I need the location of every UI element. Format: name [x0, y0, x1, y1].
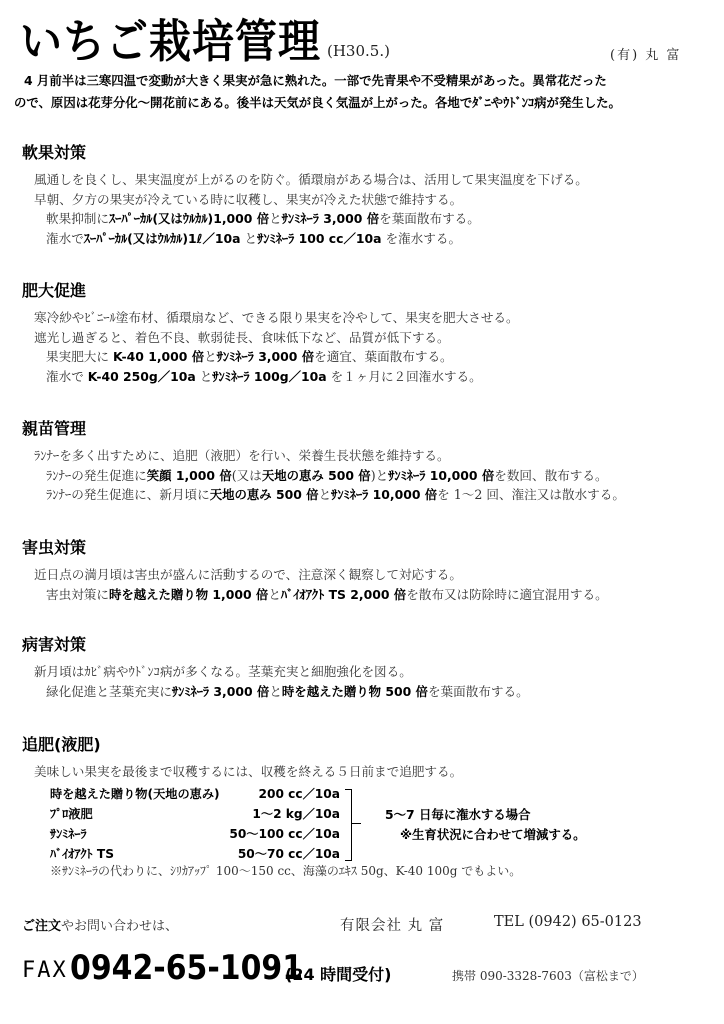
intro-line-1: 4 月前半は三寒四温で変動が大きく果実が急に熟れた。一部で先青果や不受精果があっ… [14, 70, 714, 92]
fertilizer-name: ﾊﾞｲｵｱｸﾄ TS [50, 844, 114, 864]
body-text: 害虫対策に [46, 587, 109, 602]
product-dosage: ｽｰﾊﾟｰｶﾙ(又はｳﾙｶﾙ)1,000 倍 [109, 211, 269, 226]
product-dosage: 天地の恵み 500 倍 [210, 487, 319, 502]
body-text: を葉面散布する。 [379, 211, 480, 226]
fertilizer-amount: 50～70 cc／10a [238, 844, 340, 864]
product-dosage: K-40 250g／10a [88, 369, 196, 384]
issue-date: (H30.5.) [327, 42, 390, 60]
intro-paragraph: 4 月前半は三寒四温で変動が大きく果実が急に熟れた。一部で先青果や不受精果があっ… [14, 70, 714, 114]
section: 病害対策新月頃はｶﾋﾞ病やｳﾄﾞﾝｺ病が多くなる。茎葉充実と細胞強化を図る。緑化… [22, 632, 529, 701]
product-dosage: 時を越えた贈り物 1,000 倍 [109, 587, 268, 602]
body-line: 近日点の満月頃は害虫が盛んに活動するので、注意深く観察して対応する。 [22, 565, 608, 585]
product-dosage: 笑顔 1,000 倍 [147, 468, 232, 483]
fax-label: FAX [22, 958, 68, 983]
fertilizer-row: 時を越えた贈り物(天地の恵み) 200 cc／10a [50, 784, 340, 804]
body-text: (又は [232, 468, 262, 483]
body-text: ﾗﾝﾅｰの発生促進に、新月頃に [46, 487, 210, 502]
fertilizer-name: ﾌﾟﾛ液肥 [50, 804, 93, 824]
watering-interval-note: 5～7 日毎に潅水する場合 [385, 805, 530, 823]
fertilizer-amount: 50～100 cc／10a [229, 824, 340, 844]
section-heading: 病害対策 [22, 632, 529, 658]
body-text: を葉面散布する。 [428, 684, 529, 699]
body-line: 遮光し過ぎると、着色不良、軟弱徒長、食味低下など、品質が低下する。 [22, 328, 519, 348]
body-text: を潅水する。 [381, 231, 461, 246]
section: 追肥(液肥)美味しい果実を最後まで収穫するには、収穫を終える５日前まで追肥する。 [22, 732, 462, 782]
fertilizer-amount: 1～2 kg／10a [252, 804, 340, 824]
fertilizer-row: ﾊﾞｲｵｱｸﾄ TS 50～70 cc／10a [50, 844, 340, 864]
section-heading: 肥大促進 [22, 278, 519, 304]
body-text: 緑化促進と茎葉充実に [46, 684, 172, 699]
body-text: 軟果抑制に [46, 211, 109, 226]
product-dosage: ｻﾝﾐﾈｰﾗ 3,000 倍 [172, 684, 269, 699]
product-dosage: ｻﾝﾐﾈｰﾗ 10,000 倍 [388, 468, 494, 483]
body-line: 緑化促進と茎葉充実にｻﾝﾐﾈｰﾗ 3,000 倍と時を越えた贈り物 500 倍を… [22, 682, 529, 702]
product-dosage: ｻﾝﾐﾈｰﾗ 10,000 倍 [331, 487, 437, 502]
body-text: を１ヶ月に２回潅水する。 [327, 369, 482, 384]
product-dosage: ｻﾝﾐﾈｰﾗ 3,000 倍 [282, 211, 379, 226]
section: 害虫対策近日点の満月頃は害虫が盛んに活動するので、注意深く観察して対応する。害虫… [22, 535, 608, 604]
body-text: 寒冷紗やﾋﾞﾆｰﾙ塗布材、循環扇など、できる限り果実を冷やして、果実を肥大させる… [34, 310, 519, 325]
fax-hours: (24 時間受付) [285, 962, 391, 985]
product-dosage: ｻﾝﾐﾈｰﾗ 100 cc／10a [257, 231, 381, 246]
body-text: を散布又は防除時に適宜混用する。 [406, 587, 608, 602]
product-dosage: ﾊﾞｲｵｱｸﾄ TS 2,000 倍 [281, 587, 406, 602]
body-text: を 1～2 回、潅注又は散水する。 [437, 487, 625, 502]
order-label: ご注文 [22, 919, 61, 934]
body-text: と [269, 684, 282, 699]
body-text: を数回、散布する。 [494, 468, 607, 483]
fax-number: 0942-65-1091 [70, 948, 303, 988]
body-line: 潅水でｽｰﾊﾟｰｶﾙ(又はｳﾙｶﾙ)1ℓ／10a とｻﾝﾐﾈｰﾗ 100 cc／… [22, 229, 588, 249]
bracket-tick [352, 823, 361, 824]
section-heading: 追肥(液肥) [22, 732, 462, 758]
fertilizer-row: ｻﾝﾐﾈｰﾗ 50～100 cc／10a [50, 824, 340, 844]
body-line: 潅水で K-40 250g／10a とｻﾝﾐﾈｰﾗ 100g／10a を１ヶ月に… [22, 367, 519, 387]
fertilizer-table: 時を越えた贈り物(天地の恵み) 200 cc／10a ﾌﾟﾛ液肥 1～2 kg／… [50, 784, 340, 864]
body-text: 早朝、夕方の果実が冷えている時に収穫し、果実が冷えた状態で維持する。 [34, 192, 462, 207]
product-dosage: 天地の恵み 500 倍 [262, 468, 371, 483]
product-dosage: ｽｰﾊﾟｰｶﾙ(又はｳﾙｶﾙ)1ℓ／10a [84, 231, 241, 246]
bracket-divider [345, 789, 352, 861]
body-text: と [204, 349, 217, 364]
body-text: 潅水で [46, 369, 88, 384]
body-line: 美味しい果実を最後まで収穫するには、収穫を終える５日前まで追肥する。 [22, 762, 462, 782]
body-line: 新月頃はｶﾋﾞ病やｳﾄﾞﾝｺ病が多くなる。茎葉充実と細胞強化を図る。 [22, 662, 529, 682]
telephone-number: TEL (0942) 65-0123 [494, 914, 642, 930]
body-text: 近日点の満月頃は害虫が盛んに活動するので、注意深く観察して対応する。 [34, 567, 462, 582]
body-text: 果実肥大に [46, 349, 113, 364]
section: 軟果対策風通しを良くし、果実温度が上がるのを防ぐ。循環扇がある場合は、活用して果… [22, 140, 588, 248]
product-dosage: ｻﾝﾐﾈｰﾗ 100g／10a [212, 369, 326, 384]
page-title: いちご栽培管理 [20, 14, 321, 70]
section-heading: 親苗管理 [22, 416, 625, 442]
section: 肥大促進寒冷紗やﾋﾞﾆｰﾙ塗布材、循環扇など、できる限り果実を冷やして、果実を肥… [22, 278, 519, 386]
body-text: と [268, 587, 281, 602]
company-name-header: (有) 丸 富 [610, 44, 681, 63]
body-text: と [196, 369, 213, 384]
body-line: 早朝、夕方の果実が冷えている時に収穫し、果実が冷えた状態で維持する。 [22, 190, 588, 210]
body-line: ﾗﾝﾅｰの発生促進に、新月頃に天地の恵み 500 倍とｻﾝﾐﾈｰﾗ 10,000… [22, 485, 625, 505]
body-text: 風通しを良くし、果実温度が上がるのを防ぐ。循環扇がある場合は、活用して果実温度を… [34, 172, 588, 187]
body-line: 寒冷紗やﾋﾞﾆｰﾙ塗布材、循環扇など、できる限り果実を冷やして、果実を肥大させる… [22, 308, 519, 328]
order-inquiry: ご注文やお問い合わせは、 [22, 915, 178, 934]
product-dosage: ｻﾝﾐﾈｰﾗ 3,000 倍 [217, 349, 314, 364]
body-line: 害虫対策に時を越えた贈り物 1,000 倍とﾊﾞｲｵｱｸﾄ TS 2,000 倍… [22, 585, 608, 605]
body-line: ﾗﾝﾅｰの発生促進に笑顔 1,000 倍(又は天地の恵み 500 倍)とｻﾝﾐﾈ… [22, 466, 625, 486]
body-text: と [269, 211, 282, 226]
fertilizer-amount: 200 cc／10a [258, 784, 340, 804]
mobile-number: 携帯 090-3328-7603（富松まで） [452, 967, 644, 984]
company-name-footer: 有限会社 丸 富 [340, 914, 444, 935]
fertilizer-name: 時を越えた贈り物(天地の恵み) [50, 784, 220, 804]
body-line: 軟果抑制にｽｰﾊﾟｰｶﾙ(又はｳﾙｶﾙ)1,000 倍とｻﾝﾐﾈｰﾗ 3,000… [22, 209, 588, 229]
product-dosage: K-40 1,000 倍 [113, 349, 204, 364]
intro-line-2: ので、原因は花芽分化～開花前にある。後半は天気が良く気温が上がった。各地でﾀﾞﾆ… [14, 92, 714, 114]
body-text: を適宜、葉面散布する。 [314, 349, 453, 364]
inquiry-text: やお問い合わせは、 [61, 919, 178, 934]
body-line: 風通しを良くし、果実温度が上がるのを防ぐ。循環扇がある場合は、活用して果実温度を… [22, 170, 588, 190]
product-dosage: 時を越えた贈り物 500 倍 [282, 684, 428, 699]
body-text: と [241, 231, 258, 246]
adjust-note: ※生育状況に合わせて増減する。 [400, 825, 586, 843]
body-text: 新月頃はｶﾋﾞ病やｳﾄﾞﾝｺ病が多くなる。茎葉充実と細胞強化を図る。 [34, 664, 412, 679]
body-line: ﾗﾝﾅｰを多く出すために、追肥（液肥）を行い、栄養生長状態を維持する。 [22, 446, 625, 466]
section-heading: 軟果対策 [22, 140, 588, 166]
body-text: )と [371, 468, 389, 483]
section: 親苗管理ﾗﾝﾅｰを多く出すために、追肥（液肥）を行い、栄養生長状態を維持する。ﾗ… [22, 416, 625, 505]
body-text: ﾗﾝﾅｰを多く出すために、追肥（液肥）を行い、栄養生長状態を維持する。 [34, 448, 450, 463]
body-text: 美味しい果実を最後まで収穫するには、収穫を終える５日前まで追肥する。 [34, 764, 462, 779]
fertilizer-name: ｻﾝﾐﾈｰﾗ [50, 824, 87, 844]
fertilizer-row: ﾌﾟﾛ液肥 1～2 kg／10a [50, 804, 340, 824]
body-line: 果実肥大に K-40 1,000 倍とｻﾝﾐﾈｰﾗ 3,000 倍を適宜、葉面散… [22, 347, 519, 367]
body-text: 遮光し過ぎると、着色不良、軟弱徒長、食味低下など、品質が低下する。 [34, 330, 450, 345]
body-text: 潅水で [46, 231, 84, 246]
section-heading: 害虫対策 [22, 535, 608, 561]
substitution-footnote: ※ｻﾝﾐﾈｰﾗの代わりに、ｼﾘｶｱｯﾌﾟ 100～150 cc、海藻のｴｷｽ 5… [50, 862, 521, 879]
body-text: と [319, 487, 332, 502]
body-text: ﾗﾝﾅｰの発生促進に [46, 468, 147, 483]
